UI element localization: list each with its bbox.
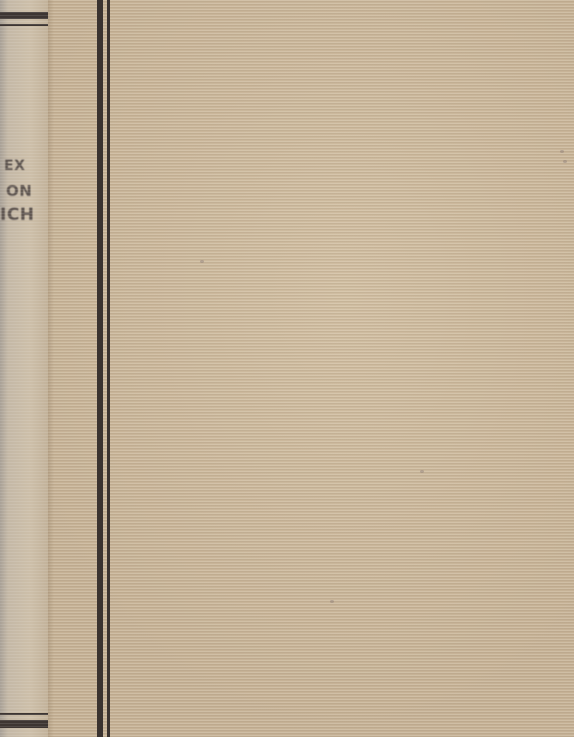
cloth-speck [200,260,204,263]
cloth-speck [563,160,567,163]
cover-stripe-thin [107,0,110,737]
spine-top-rule [0,24,48,26]
cloth-speck [420,470,424,473]
spine-bottom-rule [0,713,48,715]
spine-bottom-band [0,720,48,728]
spine-hinge [48,0,54,737]
spine-top-band [0,12,48,19]
book-cover: EX ON ICH [0,0,574,737]
cover-stripe-thick [97,0,103,737]
cloth-speck [560,150,564,153]
spine-title-line-1: EX [4,158,52,174]
cloth-speck [330,600,334,603]
spine-title-line-3: ICH [0,205,48,225]
spine-title-line-2: ON [6,182,54,200]
book-spine: EX ON ICH [0,0,48,737]
